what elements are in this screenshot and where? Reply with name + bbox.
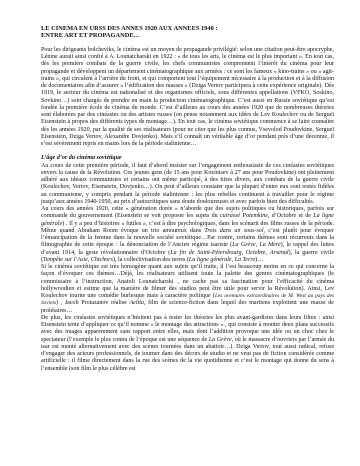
- paragraph-4: De plus, les cinéastes soviétiques n’hés…: [41, 315, 334, 373]
- title-line-1: LE CINEMA EN URSS DES ANNES 1920 AUX ANN…: [41, 25, 218, 32]
- text-run: )…: [255, 257, 263, 263]
- document-page: LE CINEMA EN URSS DES ANNES 1920 AUX ANN…: [41, 25, 334, 373]
- film-title: Trois dans un sous-sol: [204, 228, 263, 234]
- intro-paragraph: Pour les dirigeants bolcheviks, le ciném…: [41, 47, 334, 149]
- text-run: ) , Jacob Protazanov réalise: [56, 300, 129, 306]
- film-title: La fin de Saint-Pétersbourg, Octobre, Ar…: [170, 250, 288, 256]
- film-title: La ligne générale, La Terre: [189, 257, 255, 263]
- text-run: ), la collectivisation des terres (: [113, 257, 189, 263]
- film-title: Tempête sur l’Asie, Chtchors: [43, 257, 113, 263]
- section-heading: L’âge d’or du cinéma soviétique: [41, 155, 334, 162]
- document-title: LE CINEMA EN URSS DES ANNES 1920 AUX ANN…: [41, 25, 334, 40]
- text-run: et de: [296, 213, 313, 219]
- paragraph-3: Si le cinéma soviétique est très homogèn…: [41, 264, 334, 315]
- text-run: , d’: [268, 213, 277, 219]
- title-line-2: ENTRE ART ET PROPAGANDE…: [41, 32, 140, 39]
- film-title: cuirassé Potemkine: [220, 213, 268, 219]
- film-title: La Grève: [209, 337, 232, 343]
- film-title: Aelita: [129, 300, 143, 306]
- film-title: La Grève, La Mère: [232, 242, 280, 248]
- paragraph-2: Au cours des années 1920, cette « généra…: [41, 206, 334, 264]
- film-title: Octobre: [277, 213, 297, 219]
- paragraph-1: Au cours de cette première période, il f…: [41, 163, 334, 207]
